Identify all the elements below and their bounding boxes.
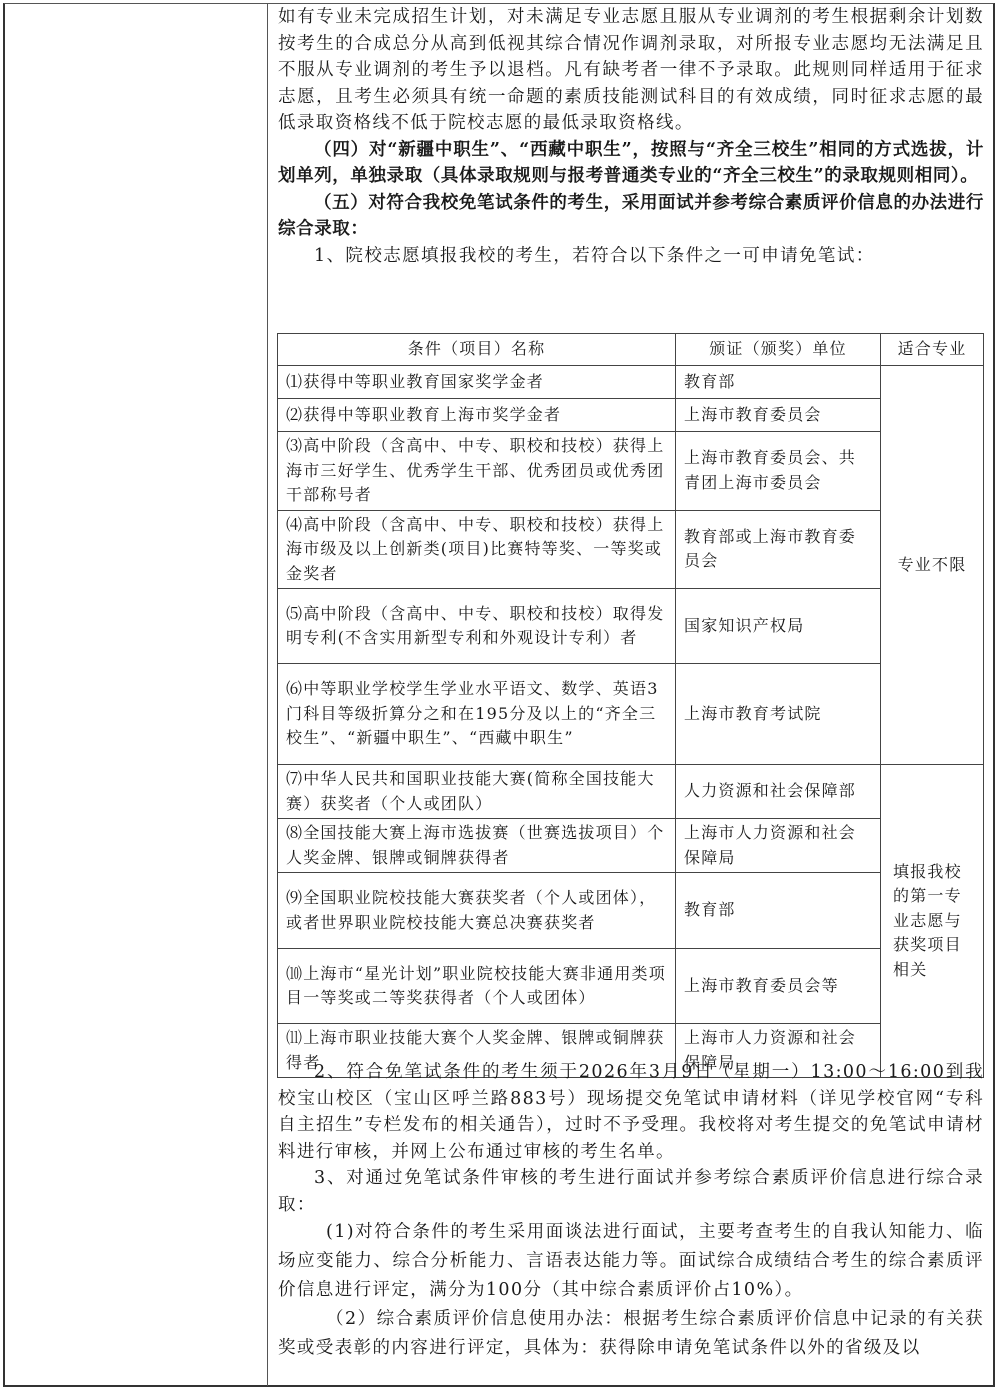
table-row: ⑶高中阶段（含高中、中专、职校和技校）获得上海市三好学生、优秀学生干部、优秀团员… xyxy=(278,432,984,511)
condition-cell: ⑵获得中等职业教育上海市奖学金者 xyxy=(278,399,676,432)
condition-cell: ⑷高中阶段（含高中、中专、职校和技校）获得上海市级及以上创新类(项目)比赛特等奖… xyxy=(278,510,676,589)
left-empty-column xyxy=(3,3,268,1386)
condition-cell: ⑻全国技能大赛上海市选拔赛（世赛选拔项目）个人奖金牌、银牌或铜牌获得者 xyxy=(278,819,676,873)
table-row: ⑵获得中等职业教育上海市奖学金者 上海市教育委员会 xyxy=(278,399,984,432)
table-row: ⑽上海市“星光计划”职业院校技能大赛非通用类项目一等奖或二等奖获得者（个人或团体… xyxy=(278,949,984,1024)
table-row: ⑷高中阶段（含高中、中专、职校和技校）获得上海市级及以上创新类(项目)比赛特等奖… xyxy=(278,510,984,589)
condition-cell: ⑺中华人民共和国职业技能大赛(简称全国技能大赛）获奖者（个人或团队） xyxy=(278,765,676,819)
header-major: 适合专业 xyxy=(881,334,984,366)
document-body-bottom: 2、符合免笔试条件的考生须于2026年3月9日（星期一）13:00～16:00到… xyxy=(278,1059,984,1363)
table-row: ⑹中等职业学校学生学业水平语文、数学、英语3门科目等级折算分之和在195分及以上… xyxy=(278,664,984,765)
paragraph-item-1: 1、院校志愿填报我校的考生，若符合以下条件之一可申请免笔试： xyxy=(278,243,984,270)
condition-cell: ⑴获得中等职业教育国家奖学金者 xyxy=(278,366,676,399)
condition-cell: ⑼全国职业院校技能大赛获奖者（个人或团体），或者世界职业院校技能大赛总决赛获奖者 xyxy=(278,873,676,949)
table-row: ⑸高中阶段（含高中、中专、职校和技校）取得发明专利(不含实用新型专利和外观设计专… xyxy=(278,589,984,664)
header-issuer: 颁证（颁奖）单位 xyxy=(676,334,881,366)
issuer-cell: 国家知识产权局 xyxy=(676,589,881,664)
paragraph-remaining-plan: 如有专业未完成招生计划，对未满足专业志愿且服从专业调剂的考生根据剩余计划数按考生… xyxy=(278,4,984,137)
issuer-cell: 教育部 xyxy=(676,873,881,949)
condition-cell: ⑽上海市“星光计划”职业院校技能大赛非通用类项目一等奖或二等奖获得者（个人或团体… xyxy=(278,949,676,1024)
condition-cell: ⑹中等职业学校学生学业水平语文、数学、英语3门科目等级折算分之和在195分及以上… xyxy=(278,664,676,765)
issuer-cell: 教育部 xyxy=(676,366,881,399)
paragraph-section-5: （五）对符合我校免笔试条件的考生，采用面试并参考综合素质评价信息的办法进行综合录… xyxy=(278,190,984,243)
table-row: ⑼全国职业院校技能大赛获奖者（个人或团体），或者世界职业院校技能大赛总决赛获奖者… xyxy=(278,873,984,949)
issuer-cell: 上海市教育委员会等 xyxy=(676,949,881,1024)
issuer-cell: 人力资源和社会保障部 xyxy=(676,765,881,819)
issuer-cell: 教育部或上海市教育委员会 xyxy=(676,510,881,589)
table-row: ⑻全国技能大赛上海市选拔赛（世赛选拔项目）个人奖金牌、银牌或铜牌获得者 上海市人… xyxy=(278,819,984,873)
condition-cell: ⑸高中阶段（含高中、中专、职校和技校）取得发明专利(不含实用新型专利和外观设计专… xyxy=(278,589,676,664)
paragraph-item-3-2: （2）综合素质评价信息使用办法：根据考生综合素质评价信息中记录的有关获奖或受表彰… xyxy=(278,1305,984,1363)
issuer-cell: 上海市教育考试院 xyxy=(676,664,881,765)
exemption-conditions-table: 条件（项目）名称 颁证（颁奖）单位 适合专业 ⑴获得中等职业教育国家奖学金者 教… xyxy=(277,333,984,1078)
paragraph-section-4: （四）对“新疆中职生”、“西藏中职生”，按照与“齐全三校生”相同的方式选拔，计划… xyxy=(278,137,984,190)
table-row: ⑴获得中等职业教育国家奖学金者 教育部 专业不限 xyxy=(278,366,984,399)
table-header-row: 条件（项目）名称 颁证（颁奖）单位 适合专业 xyxy=(278,334,984,366)
issuer-cell: 上海市人力资源和社会保障局 xyxy=(676,819,881,873)
paragraph-item-2: 2、符合免笔试条件的考生须于2026年3月9日（星期一）13:00～16:00到… xyxy=(278,1059,984,1165)
major-cell-first-choice-related: 填报我校的第一专业志愿与获奖项目相关 xyxy=(881,765,984,1078)
major-cell-unrestricted: 专业不限 xyxy=(881,366,984,765)
issuer-cell: 上海市教育委员会、共青团上海市委员会 xyxy=(676,432,881,511)
condition-cell: ⑶高中阶段（含高中、中专、职校和技校）获得上海市三好学生、优秀学生干部、优秀团员… xyxy=(278,432,676,511)
paragraph-item-3-1: (1)对符合条件的考生采用面谈法进行面试，主要考查考生的自我认知能力、临场应变能… xyxy=(278,1218,984,1305)
document-body-top: 如有专业未完成招生计划，对未满足专业志愿且服从专业调剂的考生根据剩余计划数按考生… xyxy=(278,4,984,269)
paragraph-item-3: 3、对通过免笔试条件审核的考生进行面试并参考综合素质评价信息进行综合录取： xyxy=(278,1165,984,1218)
header-condition: 条件（项目）名称 xyxy=(278,334,676,366)
issuer-cell: 上海市教育委员会 xyxy=(676,399,881,432)
table-row: ⑺中华人民共和国职业技能大赛(简称全国技能大赛）获奖者（个人或团队） 人力资源和… xyxy=(278,765,984,819)
